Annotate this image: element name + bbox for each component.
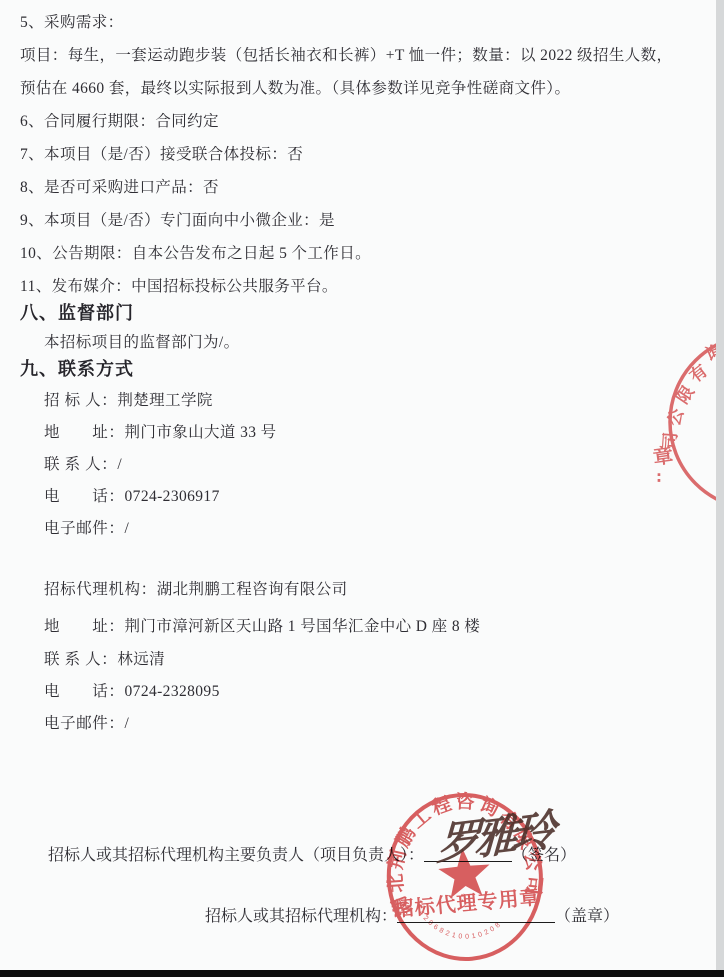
scan-edge-bottom [0, 970, 724, 977]
row-value: 荆楚理工学院 [117, 392, 212, 409]
scan-edge-right [716, 0, 724, 977]
contact-row-agency-email: 电子邮件：/ [44, 711, 129, 733]
row-value: 0724-2328095 [125, 683, 220, 700]
agency-stamp-label: 招标人或其招标代理机构： [205, 908, 397, 925]
row-label: 招标代理机构： [44, 581, 157, 598]
list-item-7: 7、本项目（是/否）接受联合体投标：否 [20, 142, 303, 164]
row-value: 湖北荆鹏工程咨询有限公司 [157, 581, 348, 598]
corner-seal-char: 有 [685, 360, 711, 386]
section-heading-supervision: 八、监督部门 [20, 299, 134, 325]
contact-row-agency-address: 地 址：荆门市漳河新区天山路 1 号国华汇金中心 D 座 8 楼 [44, 614, 480, 636]
row-label: 地 址： [44, 424, 125, 441]
list-item-5: 5、采购需求： [20, 10, 124, 32]
corner-seal-dots: ∶ [657, 470, 661, 487]
principal-signature-label: 招标人或其招标代理机构主要负责人（项目负责人）： [48, 847, 424, 864]
contact-row-tenderer-name: 招 标 人：荆楚理工学院 [44, 388, 213, 410]
row-label: 联 系 人： [44, 651, 117, 668]
list-item-6: 6、合同履行期限：合同约定 [20, 109, 219, 131]
contact-row-tenderer-phone: 电 话：0724-2306917 [44, 484, 220, 506]
row-label: 地 址： [44, 618, 125, 635]
contact-row-tenderer-email: 电子邮件：/ [44, 516, 129, 538]
agency-stamp-suffix: （盖章） [555, 908, 619, 925]
contact-row-agency-person: 联 系 人：林远清 [44, 647, 165, 669]
row-value: 0724-2306917 [125, 488, 220, 505]
list-item-project: 项目：每生，一套运动跑步装（包括长袖衣和长裤）+T 恤一件；数量：以 2022 … [20, 43, 672, 65]
row-label: 电子邮件： [44, 715, 125, 732]
corner-seal-char: 询 [702, 340, 716, 365]
row-value: 荆门市象山大道 33 号 [125, 424, 277, 441]
list-item-estimate: 预估在 4660 套，最终以实际报到人数为准。（具体参数详见竞争性磋商文件）。 [20, 76, 570, 98]
section-heading-contact: 九、联系方式 [20, 355, 134, 381]
document-page: 5、采购需求： 项目：每生，一套运动跑步装（包括长袖衣和长裤）+T 恤一件；数量… [0, 0, 724, 977]
corner-seal-inner-text: 章 [651, 443, 674, 470]
seal-inner-text: 招标代理专用章 [393, 885, 542, 922]
list-item-11: 11、发布媒介：中国招标投标公共服务平台。 [20, 274, 338, 296]
row-label: 电 话： [44, 683, 125, 700]
row-label: 电子邮件： [44, 520, 125, 537]
row-value: / [125, 715, 130, 732]
row-value: 荆门市漳河新区天山路 1 号国华汇金中心 D 座 8 楼 [125, 618, 481, 635]
row-value: 林远清 [117, 651, 165, 668]
corner-seal-char: 公 [664, 406, 687, 428]
list-item-8: 8、是否可采购进口产品：否 [20, 175, 219, 197]
contact-row-tenderer-address: 地 址：荆门市象山大道 33 号 [44, 420, 277, 442]
row-label: 电 话： [44, 488, 125, 505]
contact-row-agency-name: 招标代理机构：湖北荆鹏工程咨询有限公司 [44, 577, 348, 599]
corner-seal-icon: 询 有 限 公 司 章 ∶ [640, 330, 716, 515]
list-item-9: 9、本项目（是/否）专门面向中小微企业：是 [20, 208, 335, 230]
row-value: / [117, 456, 122, 473]
list-item-10: 10、公告期限：自本公告发布之日起 5 个工作日。 [20, 241, 371, 263]
supervision-body: 本招标项目的监督部门为/。 [44, 330, 240, 352]
row-label: 招 标 人： [44, 392, 117, 409]
row-value: / [125, 520, 130, 537]
contact-row-agency-phone: 电 话：0724-2328095 [44, 679, 220, 701]
row-label: 联 系 人： [44, 456, 117, 473]
contact-row-tenderer-person: 联 系 人：/ [44, 452, 122, 474]
